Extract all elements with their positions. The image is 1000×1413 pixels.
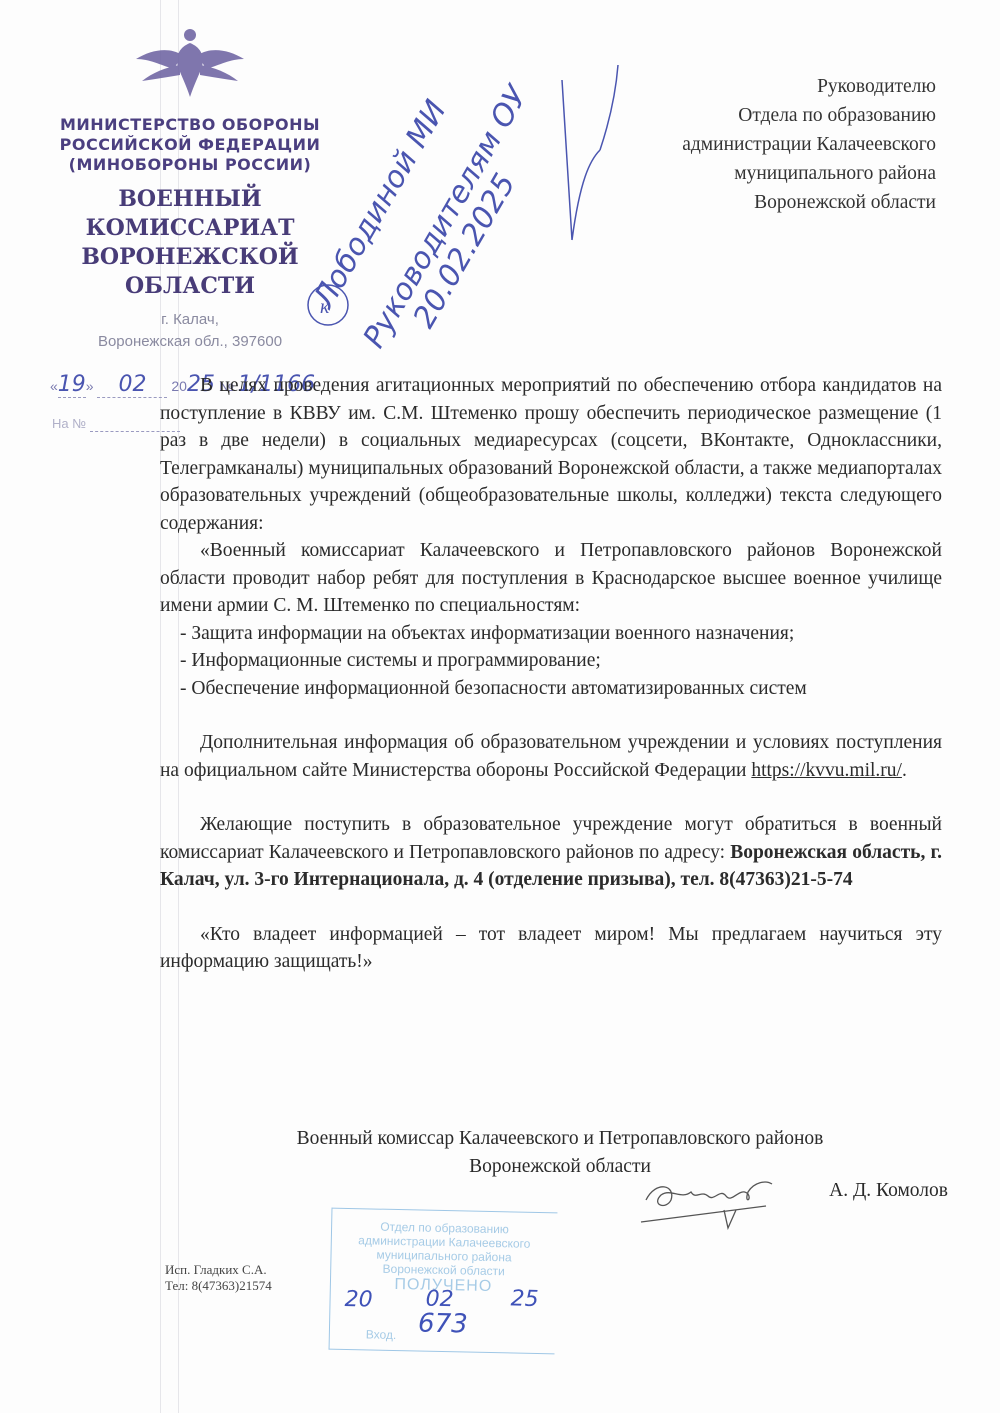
stamp-month: 02 xyxy=(425,1293,453,1308)
specialty-item: - Информационные системы и программирова… xyxy=(160,647,942,675)
signer-position-line: Военный комиссар Калачеевского и Петропа… xyxy=(160,1125,960,1153)
recipient-line: Воронежской области xyxy=(682,188,936,217)
executor-phone: Тел: 8(47363)21574 xyxy=(165,1278,272,1294)
reg-day: 19 xyxy=(58,372,86,398)
resolution-signature-icon xyxy=(562,65,618,240)
executor-block: Исп. Гладких С.А. Тел: 8(47363)21574 xyxy=(165,1262,272,1294)
specialty-item: - Защита информации на объектах информат… xyxy=(160,620,942,648)
executor-name: Исп. Гладких С.А. xyxy=(165,1262,272,1278)
commissariat-line: ОБЛАСТИ xyxy=(40,272,340,301)
stamp-incoming-number: 673 xyxy=(418,1316,468,1331)
commissariat-line: ВОЕННЫЙ xyxy=(40,185,340,214)
sender-address-line: г. Калач, xyxy=(40,309,340,331)
slogan-paragraph: «Кто владеет информацией – тот владеет м… xyxy=(160,921,942,976)
specialty-item: - Обеспечение информационной безопасност… xyxy=(160,675,942,703)
website-suffix: . xyxy=(902,760,907,781)
recipient-line: муниципального района xyxy=(682,159,936,188)
signer-position: Военный комиссар Калачеевского и Петропа… xyxy=(160,1125,960,1181)
website-link[interactable]: https://kvvu.mil.ru/ xyxy=(751,760,902,781)
letterhead: МИНИСТЕРСТВО ОБОРОНЫ РОССИЙСКОЙ ФЕДЕРАЦИ… xyxy=(40,25,340,353)
quote-intro-paragraph: «Военный комиссариат Калачеевского и Пет… xyxy=(160,537,942,620)
ministry-line: (МИНОБОРОНЫ РОССИИ) xyxy=(40,155,340,175)
recipient-block: Руководителю Отдела по образованию админ… xyxy=(682,72,936,217)
commissariat-line: ВОРОНЕЖСКОЙ xyxy=(40,243,340,272)
reg-month: 02 xyxy=(97,372,167,398)
intro-paragraph: В целях проведения агитационных мероприя… xyxy=(160,372,942,537)
recipient-line: Отдела по образованию xyxy=(682,101,936,130)
signer-name: А. Д. Комолов xyxy=(829,1180,948,1202)
commissariat-line: КОМИССАРИАТ xyxy=(40,214,340,243)
stamp-incoming-label: Вход. xyxy=(366,1327,397,1342)
recipient-line: Руководителю xyxy=(682,72,936,101)
stamp-day: 20 xyxy=(344,1293,372,1308)
sender-address-line: Воронежская обл., 397600 xyxy=(40,331,340,353)
double-headed-eagle-icon xyxy=(130,25,250,105)
contact-paragraph: Желающие поступить в образовательное учр… xyxy=(160,811,942,894)
letter-body: В целях проведения агитационных мероприя… xyxy=(160,372,942,976)
stamp-year: 25 xyxy=(510,1292,538,1307)
handwritten-resolution: Лободиной МИ Руководителям ОУ 20.02.2025… xyxy=(300,60,620,390)
reply-label: На № xyxy=(52,416,86,431)
additional-info-paragraph: Дополнительная информация об образовател… xyxy=(160,729,942,784)
ministry-line: РОССИЙСКОЙ ФЕДЕРАЦИИ xyxy=(40,135,340,155)
signer-position-line: Воронежской области xyxy=(160,1153,960,1181)
recipient-line: администрации Калачеевского xyxy=(682,130,936,159)
ministry-line: МИНИСТЕРСТВО ОБОРОНЫ xyxy=(40,115,340,135)
incoming-stamp: Отдел по образованию администрации Калач… xyxy=(329,1208,558,1355)
handwritten-signature-icon xyxy=(636,1170,796,1230)
resolution-mark: к xyxy=(320,296,330,318)
